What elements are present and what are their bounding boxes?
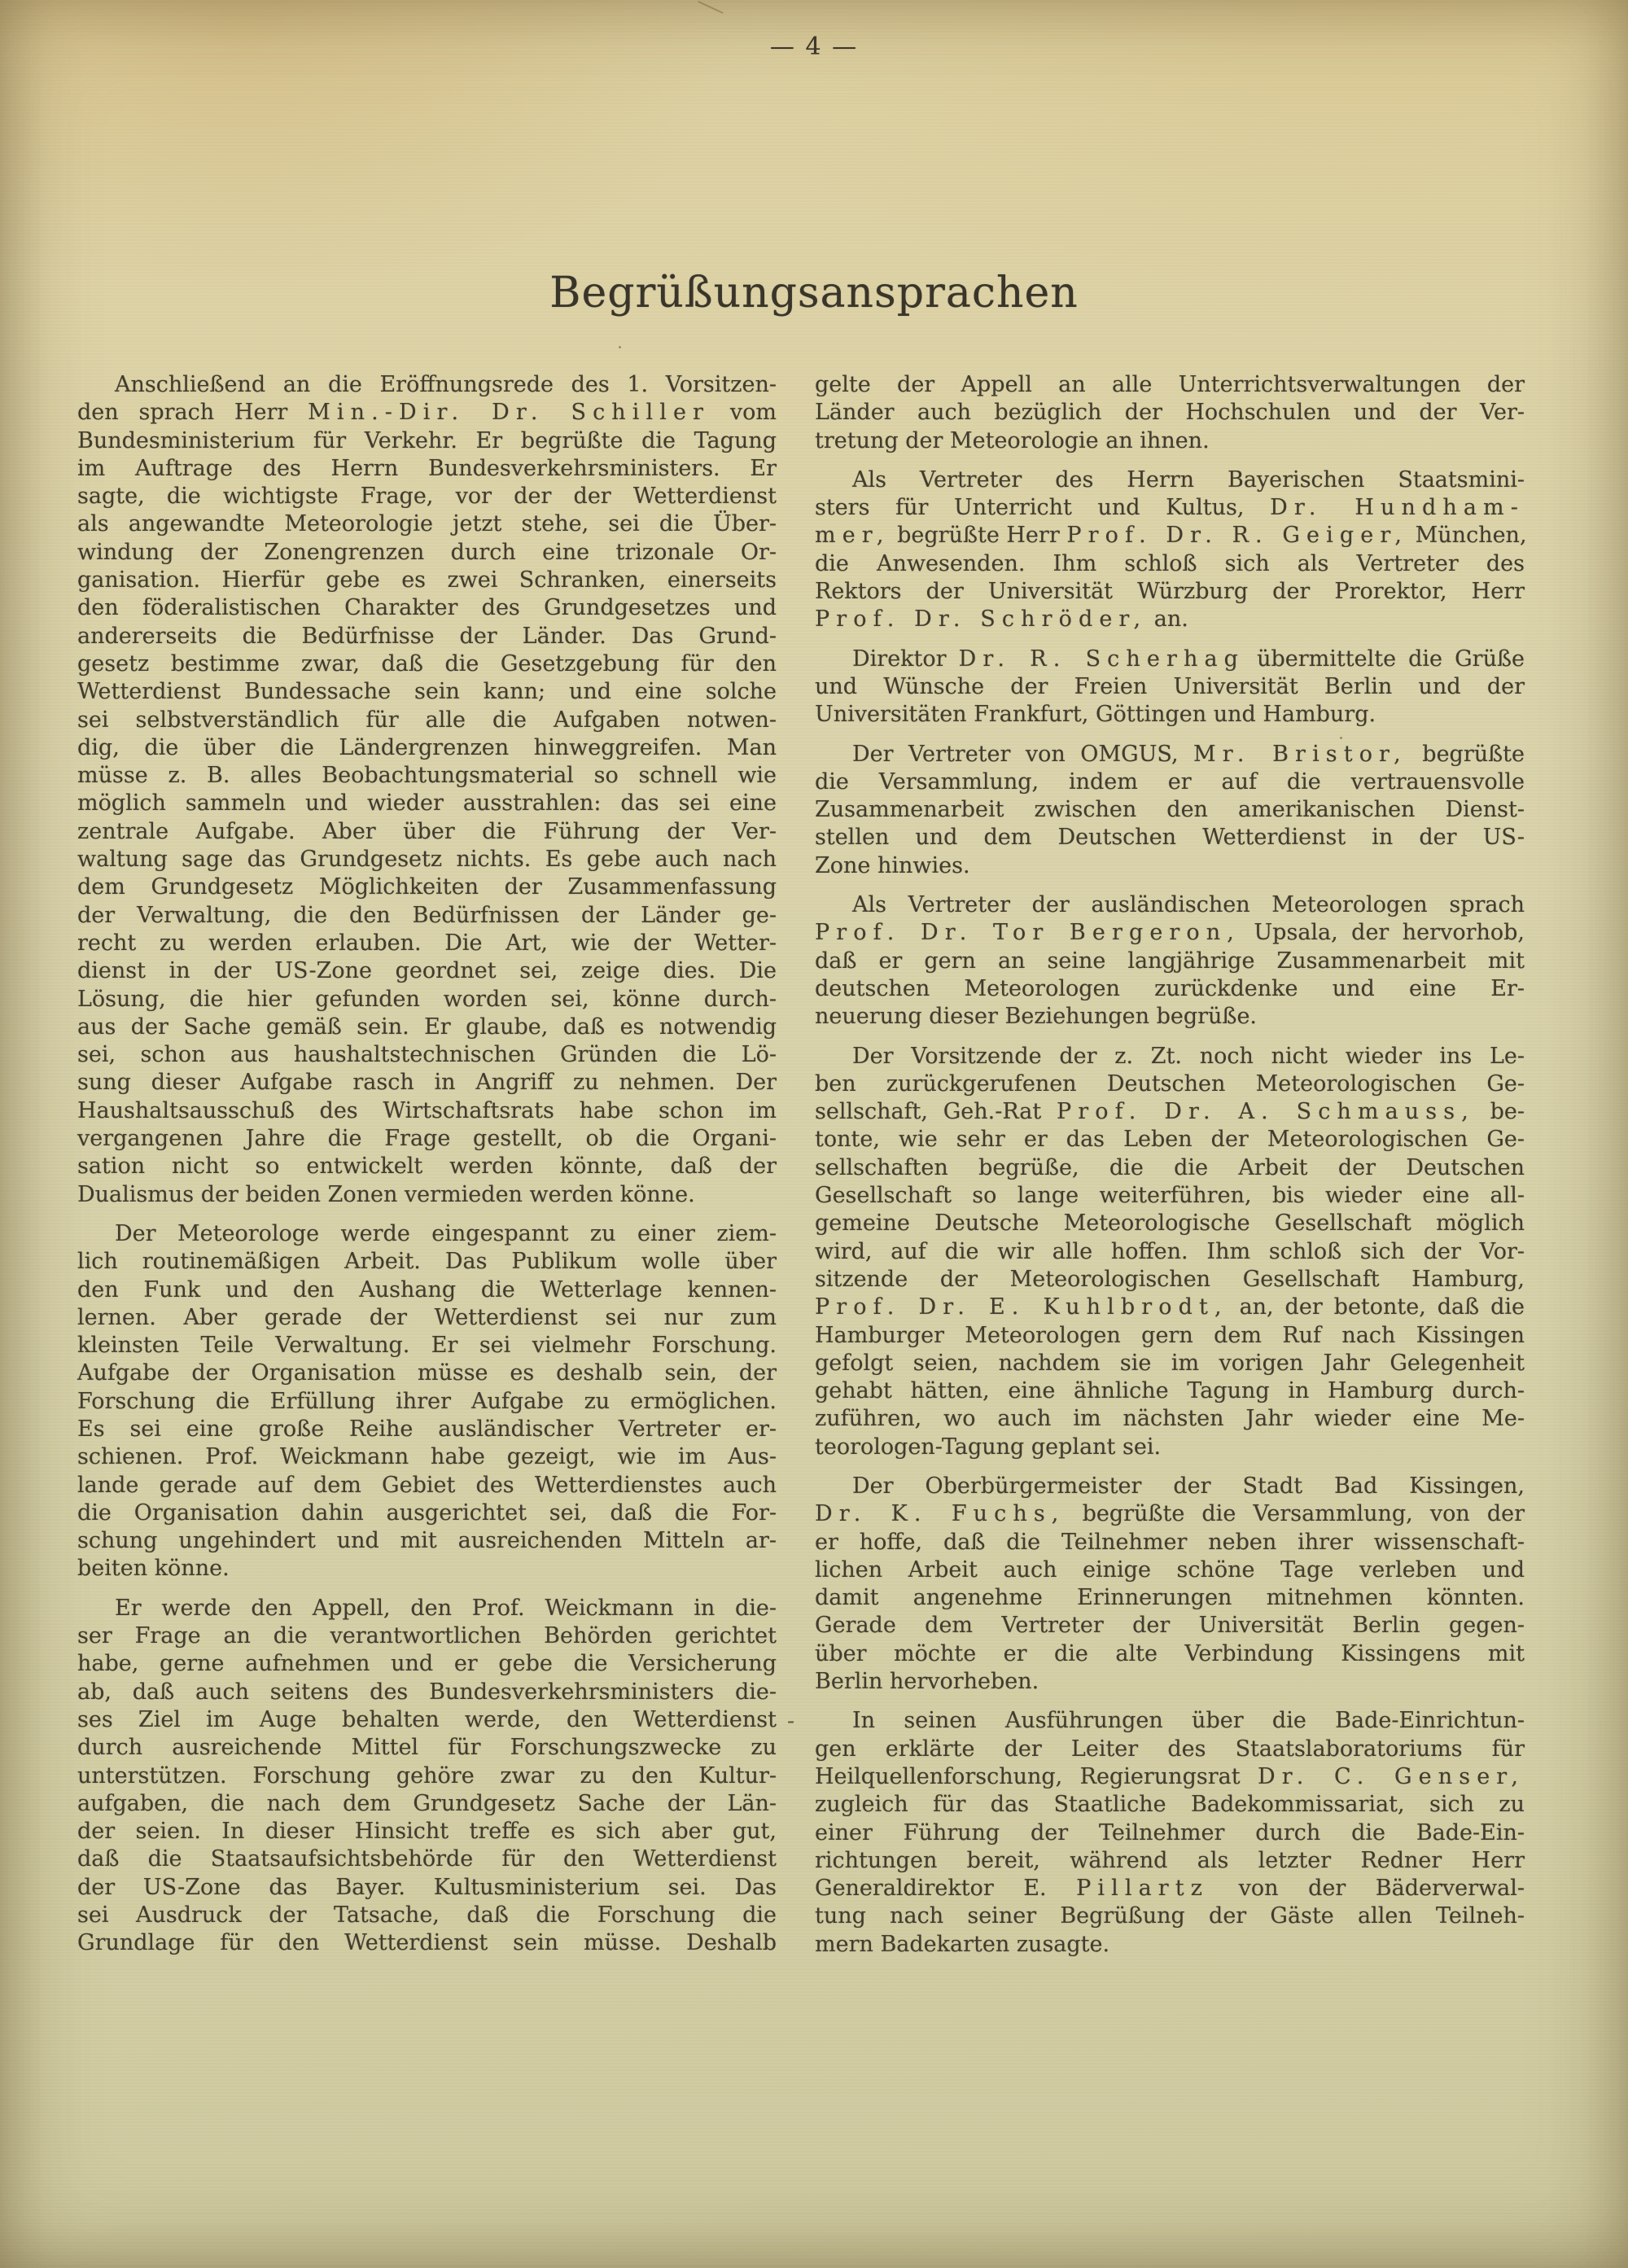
text-line: die Organisation dahin ausgerichtet sei,… [77,1500,777,1527]
text-line: schienen. Prof. Weickmann habe gezeigt, … [77,1443,777,1471]
emphasized-name: Prof. Dr. E. Kuhlbrodt, [815,1294,1228,1320]
text-line: Bundesministerium für Verkehr. Er begrüß… [77,427,777,455]
text-line: Grundlage für den Wetterdienst sein müss… [77,1929,777,1957]
text-segment: Anschließend an die Eröffnungsrede des 1… [115,372,777,397]
text-segment: gesetz bestimme zwar, daß die Gesetzgebu… [77,651,777,676]
text-segment: an, der betonte, daß die [1228,1294,1525,1320]
text-line: als angewandte Meteorologie jetzt stehe,… [77,510,777,538]
text-line: gehabt hätten, eine ähnliche Tagung in H… [815,1377,1525,1405]
paragraph: Direktor Dr. R. Scherhag übermittelte di… [815,646,1525,729]
text-segment: lichen Arbeit auch einige schöne Tage ve… [815,1557,1525,1583]
text-segment: im Auftrage des Herrn Bundesverkehrsmini… [77,456,777,481]
text-segment: Upsala, der hervorhob, [1241,920,1525,945]
text-line: daß er gern an seine langjährige Zusamme… [815,948,1525,975]
text-segment: andererseits die Bedürfnisse der Länder.… [77,624,777,649]
text-segment: ganisation. Hierfür gebe es zwei Schrank… [77,567,777,593]
text-segment: tung nach seiner Begrüßung der Gäste all… [815,1903,1525,1929]
text-segment: sei selbstverständlich für alle die Aufg… [77,707,777,733]
text-segment: schung ungehindert und mit ausreichenden… [77,1528,777,1553]
text-line: Universitäten Frankfurt, Göttingen und H… [815,701,1525,729]
text-column-right: gelte der Appell an alle Unterrichtsverw… [815,371,1525,1959]
text-segment: als angewandte Meteorologie jetzt stehe,… [77,511,777,536]
emphasized-name: Dr. C. Genser, [1258,1764,1525,1789]
text-segment: sei, schon aus haushaltstechnischen Grün… [77,1042,777,1067]
text-line: sitzende der Meteorologischen Gesellscha… [815,1266,1525,1294]
text-line: den föderalistischen Charakter des Grund… [77,594,777,622]
text-line: gelte der Appell an alle Unterrichtsverw… [815,371,1525,399]
text-line: tretung der Meteorologie an ihnen. [815,427,1525,455]
text-line: Berlin hervorheben. [815,1668,1525,1696]
text-line: der Verwaltung, die den Bedürfnissen der… [77,902,777,930]
text-segment: neuerung dieser Beziehungen begrüße. [815,1004,1257,1029]
text-line: Rektors der Universität Würzburg der Pro… [815,578,1525,606]
text-segment: beiten könne. [77,1556,230,1581]
emphasized-name: mer, [815,523,891,548]
text-segment: den sprach Herr [77,400,308,425]
text-line: den sprach Herr Min.-Dir. Dr. Schiller v… [77,399,777,427]
text-segment: lernen. Aber gerade der Wetterdienst sei… [77,1305,777,1330]
scan-speck [619,346,621,348]
text-line: sellschaften begrüße, die die Arbeit der… [815,1154,1525,1182]
text-segment: teorologen-Tagung geplant sei. [815,1434,1161,1460]
text-line: waltung sage das Grundgesetz nichts. Es … [77,846,777,873]
text-segment: vergangenen Jahre die Frage gestellt, ob… [77,1126,777,1151]
text-line: gen erklärte der Leiter des Staatslabora… [815,1736,1525,1763]
text-segment: richtungen bereit, während als letzter R… [815,1848,1525,1873]
text-segment: sitzende der Meteorologischen Gesellscha… [815,1267,1525,1292]
text-line: vergangenen Jahre die Frage gestellt, ob… [77,1125,777,1153]
text-segment: windung der Zonengrenzen durch eine triz… [77,540,777,565]
text-line: dem Grundgesetz Möglichkeiten der Zusamm… [77,873,777,901]
text-line: dienst in der US-Zone geordnet sei, zeig… [77,957,777,985]
text-segment: Berlin hervorheben. [815,1669,1039,1694]
text-line: Wetterdienst Bundessache sein kann; und … [77,678,777,706]
text-segment: der US-Zone das Bayer. Kultusministerium… [77,1875,777,1900]
text-line: Direktor Dr. R. Scherhag übermittelte di… [815,646,1525,673]
text-line: sei Ausdruck der Tatsache, daß die Forsc… [77,1902,777,1929]
text-line: Prof. Dr. Tor Bergeron, Upsala, der herv… [815,919,1525,947]
text-segment: vom [710,400,777,425]
text-segment: Rektors der Universität Würzburg der Pro… [815,579,1525,604]
text-line: lande gerade auf dem Gebiet des Wetterdi… [77,1472,777,1500]
paragraph: Der Vorsitzende der z. Zt. noch nicht wi… [815,1043,1525,1461]
paragraph: Als Vertreter des Herrn Bayerischen Staa… [815,466,1525,634]
text-segment: stellen und dem Deutschen Wetterdienst i… [815,825,1525,850]
text-line: aufgaben, die nach dem Grundgesetz Sache… [77,1790,777,1818]
text-line: sagte, die wichtigste Frage, vor der der… [77,483,777,510]
text-segment: deutschen Meteorologen zurückdenke und e… [815,976,1525,1001]
text-line: gemeine Deutsche Meteorologische Gesells… [815,1210,1525,1237]
text-segment: dig, die über die Ländergrenzen hinweggr… [77,735,777,760]
text-line: Er werde den Appell, den Prof. Weickmann… [77,1595,777,1622]
text-line: Der Vorsitzende der z. Zt. noch nicht wi… [815,1043,1525,1071]
text-line: damit angenehme Erinnerungen mitnehmen k… [815,1584,1525,1612]
text-line: schung ungehindert und mit ausreichenden… [77,1527,777,1555]
text-segment: Forschung die Erfüllung ihrer Aufgabe zu… [77,1389,777,1414]
text-segment: die Organisation dahin ausgerichtet sei,… [77,1500,777,1526]
text-segment: Wetterdienst Bundessache sein kann; und … [77,679,777,704]
text-segment: ser Frage an die verantwortlichen Behörd… [77,1623,777,1648]
text-segment: Gerade dem Vertreter der Universität Ber… [815,1613,1525,1638]
text-segment: aufgaben, die nach dem Grundgesetz Sache… [77,1791,777,1816]
text-line: die Anwesenden. Ihm schloß sich als Vert… [815,550,1525,578]
text-line: der seien. In dieser Hinsicht treffe es … [77,1818,777,1845]
text-segment: von der Bäderverwal- [1209,1876,1525,1901]
text-segment: ben zurückgerufenen Deutschen Meteorolog… [815,1071,1525,1097]
text-segment: Länder auch bezüglich der Hochschulen un… [815,400,1525,425]
text-line: stellen und dem Deutschen Wetterdienst i… [815,824,1525,852]
text-segment: durch ausreichende Mittel für Forschungs… [77,1735,777,1760]
text-line: zugleich für das Staatliche Badekommissa… [815,1791,1525,1819]
text-segment: übermittelte die Grüße [1245,646,1525,672]
text-columns: Anschließend an die Eröffnungsrede des 1… [77,371,1525,1959]
text-line: teorologen-Tagung geplant sei. [815,1434,1525,1461]
text-line: durch ausreichende Mittel für Forschungs… [77,1734,777,1762]
text-segment: recht zu werden erlauben. Die Art, wie d… [77,930,777,956]
text-segment: Hamburger Meteorologen gern dem Ruf nach… [815,1323,1525,1348]
text-line: Es sei eine große Reihe ausländischer Ve… [77,1416,777,1443]
text-line: Heilquellenforschung, Regierungsrat Dr. … [815,1763,1525,1791]
text-line: Dualismus der beiden Zonen vermieden wer… [77,1181,777,1209]
text-line: aus der Sache gemäß sein. Er glaube, daß… [77,1014,777,1041]
text-line: gesetz bestimme zwar, daß die Gesetzgebu… [77,650,777,678]
text-line: Hamburger Meteorologen gern dem Ruf nach… [815,1322,1525,1350]
text-segment: über möchte er die alte Verbindung Kissi… [815,1641,1525,1666]
text-segment: gehabt hätten, eine ähnliche Tagung in H… [815,1378,1525,1403]
scan-speck [242,1027,245,1031]
text-segment: Grundlage für den Wetterdienst sein müss… [77,1930,777,1955]
text-line: In seinen Ausführungen über die Bade-Ein… [815,1707,1525,1735]
text-line: im Auftrage des Herrn Bundesverkehrsmini… [77,455,777,483]
emphasized-name: Pillartz [1076,1876,1209,1901]
text-line: zuführen, wo auch im nächsten Jahr wiede… [815,1405,1525,1433]
text-segment: Haushaltsausschuß des Wirtschaftsrats ha… [77,1098,777,1123]
text-segment: sung dieser Aufgabe rasch in Angriff zu … [77,1070,777,1095]
text-line: windung der Zonengrenzen durch eine triz… [77,539,777,567]
text-line: sei, schon aus haushaltstechnischen Grün… [77,1041,777,1069]
text-line: dig, die über die Ländergrenzen hinweggr… [77,734,777,762]
text-line: Zusammenarbeit zwischen den amerikanisch… [815,796,1525,824]
text-segment: Zone hinwies. [815,853,970,878]
text-line: ser Frage an die verantwortlichen Behörd… [77,1622,777,1650]
text-line: Haushaltsausschuß des Wirtschaftsrats ha… [77,1097,777,1125]
text-line: den Funk und den Aushang die Wetterlage … [77,1276,777,1304]
paragraph: Anschließend an die Eröffnungsrede des 1… [77,371,777,1209]
text-segment: aus der Sache gemäß sein. Er glaube, daß… [77,1014,777,1040]
text-segment: Lösung, die hier gefunden worden sei, kö… [77,987,777,1012]
text-segment: sei Ausdruck der Tatsache, daß die Forsc… [77,1902,777,1928]
text-line: tung nach seiner Begrüßung der Gäste all… [815,1902,1525,1930]
text-segment: einer Führung der Teilnehmer durch die B… [815,1820,1525,1845]
text-segment: an. [1147,606,1188,632]
emphasized-name: Min.-Dir. Dr. Schiller [308,400,710,425]
text-segment: ses Ziel im Auge behalten werde, den Wet… [77,1707,777,1732]
text-segment: waltung sage das Grundgesetz nichts. Es … [77,847,777,872]
paragraph: -In seinen Ausführungen über die Bade-Ei… [815,1707,1525,1959]
text-line: sation nicht so entwickelt werden könnte… [77,1153,777,1180]
text-line: einer Führung der Teilnehmer durch die B… [815,1819,1525,1847]
text-line: unterstützen. Forschung gehöre zwar zu d… [77,1762,777,1790]
text-line: Prof. Dr. Schröder, an. [815,606,1525,633]
text-segment: Als Vertreter der ausländischen Meteorol… [852,892,1525,917]
text-segment: daß er gern an seine langjährige Zusamme… [815,948,1525,974]
text-line: Lösung, die hier gefunden worden sei, kö… [77,986,777,1014]
text-segment: sellschaft, Geh.-Rat [815,1099,1057,1124]
text-segment: Als Vertreter des Herrn Bayerischen Staa… [852,467,1525,493]
text-segment: tretung der Meteorologie an ihnen. [815,428,1210,453]
text-segment: Bundesministerium für Verkehr. Er begrüß… [77,428,777,453]
text-segment: Dualismus der beiden Zonen vermieden wer… [77,1182,695,1207]
text-line: ganisation. Hierfür gebe es zwei Schrank… [77,567,777,594]
text-segment: In seinen Ausführungen über die Bade-Ein… [852,1708,1525,1733]
text-line: er hoffe, daß die Teilnehmer neben ihrer… [815,1529,1525,1557]
text-segment: daß die Staatsaufsichtsbehörde für den W… [77,1846,777,1872]
paragraph: Der Oberbürgermeister der Stadt Bad Kiss… [815,1473,1525,1696]
document-page: — 4 — Begrüßungsansprachen Anschließend … [0,0,1628,2268]
text-line: möglich sammeln und wieder ausstrahlen: … [77,790,777,817]
text-line: Der Meteorologe werde eingespannt zu ein… [77,1220,777,1248]
text-line: lich routinemäßigen Arbeit. Das Publikum… [77,1248,777,1276]
text-segment: gefolgt seien, nachdem sie im vorigen Ja… [815,1351,1525,1376]
text-segment: lande gerade auf dem Gebiet des Wetterdi… [77,1473,777,1498]
text-segment: Der Vertreter von OMGUS, [852,742,1193,767]
page-number: — 4 — [0,33,1628,62]
text-column-left: Anschließend an die Eröffnungsrede des 1… [77,371,777,1959]
text-line: habe, gerne aufnehmen und er gebe die Ve… [77,1650,777,1678]
text-segment: unterstützen. Forschung gehöre zwar zu d… [77,1763,777,1789]
text-line: daß die Staatsaufsichtsbehörde für den W… [77,1845,777,1873]
scan-scratch [698,1,724,14]
text-line: mern Badekarten zusagte. [815,1931,1525,1959]
text-line: zentrale Aufgabe. Aber über die Führung … [77,818,777,846]
text-line: über möchte er die alte Verbindung Kissi… [815,1640,1525,1668]
paragraph: Als Vertreter der ausländischen Meteorol… [815,891,1525,1031]
text-segment: Es sei eine große Reihe ausländischer Ve… [77,1416,777,1442]
emphasized-name: Prof. Dr. Tor Bergeron, [815,920,1241,945]
text-line: Zone hinwies. [815,852,1525,880]
emphasized-name: Prof. Dr. A. Schmauss, [1057,1099,1475,1124]
text-line: lernen. Aber gerade der Wetterdienst sei… [77,1304,777,1332]
text-segment: gemeine Deutsche Meteorologische Gesells… [815,1211,1525,1236]
text-line: Aufgabe der Organisation müsse es deshal… [77,1359,777,1387]
text-segment: begrüßte die Versammlung, von der [1066,1501,1525,1526]
text-line: sei selbstverständlich für alle die Aufg… [77,707,777,734]
text-segment: der Verwaltung, die den Bedürfnissen der… [77,903,777,928]
text-segment: er hoffe, daß die Teilnehmer neben ihrer… [815,1530,1525,1555]
text-segment: Generaldirektor E. [815,1876,1076,1901]
text-segment: begrüßte Herr [891,523,1067,548]
text-line: Der Vertreter von OMGUS, Mr. Bristor, be… [815,741,1525,768]
text-segment: Universitäten Frankfurt, Göttingen und H… [815,702,1376,727]
text-segment: sation nicht so entwickelt werden könnte… [77,1154,777,1179]
text-line: die Versammlung, indem er auf die vertra… [815,768,1525,796]
text-segment: Gesellschaft so lange weiterführen, bis … [815,1183,1525,1208]
text-line: der US-Zone das Bayer. Kultusministerium… [77,1874,777,1902]
scan-speck [1096,1950,1098,1952]
text-segment: müsse z. B. alles Beobachtungsmaterial s… [77,763,777,788]
text-segment: Der Oberbürgermeister der Stadt Bad Kiss… [852,1473,1525,1499]
text-segment: tonte, wie sehr er das Leben der Meteoro… [815,1127,1525,1152]
text-segment: zugleich für das Staatliche Badekommissa… [815,1792,1525,1817]
text-line: sellschaft, Geh.-Rat Prof. Dr. A. Schmau… [815,1098,1525,1126]
emphasized-name: Prof. Dr. Schröder, [815,606,1147,632]
text-line: gefolgt seien, nachdem sie im vorigen Ja… [815,1350,1525,1377]
text-line: richtungen bereit, während als letzter R… [815,1847,1525,1875]
text-line: Dr. K. Fuchs, begrüßte die Versammlung, … [815,1500,1525,1528]
text-segment: sagte, die wichtigste Frage, vor der der… [77,484,777,509]
text-line: mer, begrüßte Herr Prof. Dr. R. Geiger, … [815,522,1525,549]
text-segment: die Versammlung, indem er auf die vertra… [815,769,1525,795]
emphasized-name: Prof. Dr. R. Geiger, [1066,523,1408,548]
page-title: Begrüßungsansprachen [0,269,1628,317]
text-line: Länder auch bezüglich der Hochschulen un… [815,399,1525,427]
margin-mark: - [787,1709,794,1734]
text-segment: sellschaften begrüße, die die Arbeit der… [815,1155,1525,1180]
text-segment: be- [1475,1099,1525,1124]
text-segment: Er werde den Appell, den Prof. Weickmann… [115,1596,777,1621]
text-line: müsse z. B. alles Beobachtungsmaterial s… [77,762,777,790]
text-line: und Wünsche der Freien Universität Berli… [815,673,1525,701]
text-segment: dienst in der US-Zone geordnet sei, zeig… [77,958,777,983]
text-segment: habe, gerne aufnehmen und er gebe die Ve… [77,1651,777,1676]
text-line: sters für Unterricht und Kultus, Dr. Hun… [815,494,1525,522]
text-line: ben zurückgerufenen Deutschen Meteorolog… [815,1071,1525,1098]
text-line: kleinsten Teile Verwaltung. Er sei vielm… [77,1332,777,1359]
text-line: wird, auf die wir alle hoffen. Ihm schlo… [815,1238,1525,1266]
text-segment: möglich sammeln und wieder ausstrahlen: … [77,790,777,816]
text-line: ses Ziel im Auge behalten werde, den Wet… [77,1706,777,1734]
text-segment: Heilquellenforschung, Regierungsrat [815,1764,1258,1789]
emphasized-name: Dr. R. Scherhag [959,646,1245,672]
text-segment: mern Badekarten zusagte. [815,1932,1109,1957]
text-segment: den Funk und den Aushang die Wetterlage … [77,1277,777,1303]
text-line: neuerung dieser Beziehungen begrüße. [815,1003,1525,1031]
text-segment: schienen. Prof. Weickmann habe gezeigt, … [77,1444,777,1469]
emphasized-name: Mr. Bristor, [1193,742,1407,767]
text-segment: Direktor [852,646,959,672]
text-line: lichen Arbeit auch einige schöne Tage ve… [815,1557,1525,1584]
text-line: Gerade dem Vertreter der Universität Ber… [815,1612,1525,1640]
text-line: Gesellschaft so lange weiterführen, bis … [815,1182,1525,1210]
text-segment: ab, daß auch seitens des Bundesverkehrsm… [77,1679,777,1705]
text-segment: gelte der Appell an alle Unterrichtsverw… [815,372,1525,397]
emphasized-name: Dr. K. Fuchs, [815,1501,1066,1526]
text-segment: begrüßte [1407,742,1525,767]
emphasized-name: Dr. Hundham- [1270,495,1525,520]
text-segment: die Anwesenden. Ihm schloß sich als Vert… [815,551,1525,576]
paragraph: Der Meteorologe werde eingespannt zu ein… [77,1220,777,1583]
text-segment: Aufgabe der Organisation müsse es deshal… [77,1360,777,1386]
scan-speck [1340,737,1342,739]
text-line: Der Oberbürgermeister der Stadt Bad Kiss… [815,1473,1525,1500]
text-segment: lich routinemäßigen Arbeit. Das Publikum… [77,1249,777,1274]
text-line: Als Vertreter der ausländischen Meteorol… [815,891,1525,919]
text-line: deutschen Meteorologen zurückdenke und e… [815,975,1525,1003]
text-segment: gen erklärte der Leiter des Staatslabora… [815,1736,1525,1762]
text-line: Als Vertreter des Herrn Bayerischen Staa… [815,466,1525,494]
text-segment: damit angenehme Erinnerungen mitnehmen k… [815,1585,1525,1610]
paragraph: Der Vertreter von OMGUS, Mr. Bristor, be… [815,741,1525,880]
text-segment: und Wünsche der Freien Universität Berli… [815,674,1525,699]
paragraph: gelte der Appell an alle Unterrichtsverw… [815,371,1525,455]
text-line: Forschung die Erfüllung ihrer Aufgabe zu… [77,1388,777,1416]
text-segment: wird, auf die wir alle hoffen. Ihm schlo… [815,1239,1525,1264]
text-segment: dem Grundgesetz Möglichkeiten der Zusamm… [77,874,777,900]
text-line: sung dieser Aufgabe rasch in Angriff zu … [77,1069,777,1097]
text-segment: Der Meteorologe werde eingespannt zu ein… [115,1221,777,1246]
text-segment: München, [1408,523,1526,548]
text-segment: der seien. In dieser Hinsicht treffe es … [77,1819,777,1844]
paragraph: Er werde den Appell, den Prof. Weickmann… [77,1595,777,1958]
text-line: andererseits die Bedürfnisse der Länder.… [77,623,777,650]
text-segment: Der Vorsitzende der z. Zt. noch nicht wi… [852,1044,1525,1069]
text-line: beiten könne. [77,1555,777,1583]
text-segment: kleinsten Teile Verwaltung. Er sei vielm… [77,1333,777,1358]
text-segment: zentrale Aufgabe. Aber über die Führung … [77,819,777,844]
text-line: tonte, wie sehr er das Leben der Meteoro… [815,1126,1525,1154]
text-segment: Zusammenarbeit zwischen den amerikanisch… [815,797,1525,822]
text-line: Generaldirektor E. Pillartz von der Bäde… [815,1875,1525,1902]
text-line: Anschließend an die Eröffnungsrede des 1… [77,371,777,399]
text-line: Prof. Dr. E. Kuhlbrodt, an, der betonte,… [815,1294,1525,1321]
text-line: recht zu werden erlauben. Die Art, wie d… [77,930,777,957]
text-segment: zuführen, wo auch im nächsten Jahr wiede… [815,1406,1525,1431]
text-line: ab, daß auch seitens des Bundesverkehrsm… [77,1679,777,1706]
text-segment: sters für Unterricht und Kultus, [815,495,1270,520]
text-segment: den föderalistischen Charakter des Grund… [77,595,777,620]
